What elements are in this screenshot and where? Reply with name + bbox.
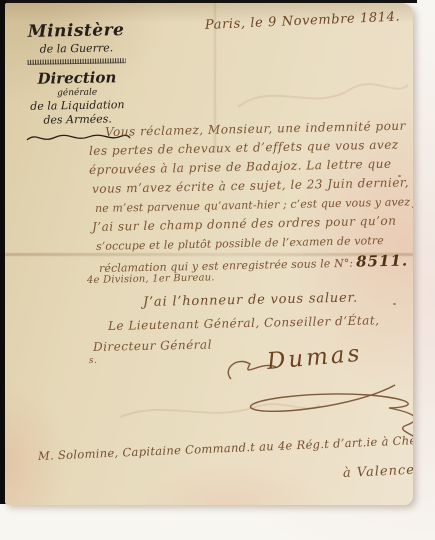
body-line-7: s’occupe et le plutôt possible de l’exam… [96,234,384,253]
letterhead-divider [28,58,126,65]
body-line-4: vous m’avez écrite à ce sujet, le 23 Jui… [92,175,409,196]
body-line-6: J’ai sur le champ donné des ordres pour … [92,214,397,234]
body-line-2: les pertes de chevaux et d’effets que vo… [89,138,399,158]
ink-bleedthrough [233,75,413,120]
recipient-address-line-2: à Valence. [343,463,413,481]
ink-speck [393,303,396,305]
registration-number: 8511. [356,252,408,271]
letterhead-direction: Direction [21,68,133,88]
salutation: J’ai l’honneur de vous saluer. [143,290,358,310]
letter-photograph: Ministère de la Guerre. Direction généra… [0,0,435,540]
signoff-title-1: Le Lieutenant Général, Conseiller d’État… [108,313,380,333]
body-line-3: éprouvées à la prise de Badajoz. La lett… [89,157,392,177]
letterhead-ministry: Ministère [20,20,132,42]
letter-paper: Ministère de la Guerre. Direction généra… [5,3,413,505]
body-line-5: ne m’est parvenue qu’avant-hier ; c’est … [95,194,413,215]
signoff-title-2: Directeur Général [93,338,212,354]
division-note: 4e Division, 1er Bureau. [87,272,215,286]
body-line-1: Vous réclamez, Monsieur, une indemnité p… [105,119,406,139]
signoff-note: s. [89,356,98,366]
dateline: Paris, le 9 Novembre 1814. [205,9,401,33]
letterhead-ministry-sub: de la Guerre. [20,41,132,56]
body-line-8-text: réclamation qui y est enregistrée sous l… [99,257,353,275]
letterhead-direction-sub1: générale [21,87,133,99]
letterhead-direction-sub2: de la Liquidation [21,98,133,113]
